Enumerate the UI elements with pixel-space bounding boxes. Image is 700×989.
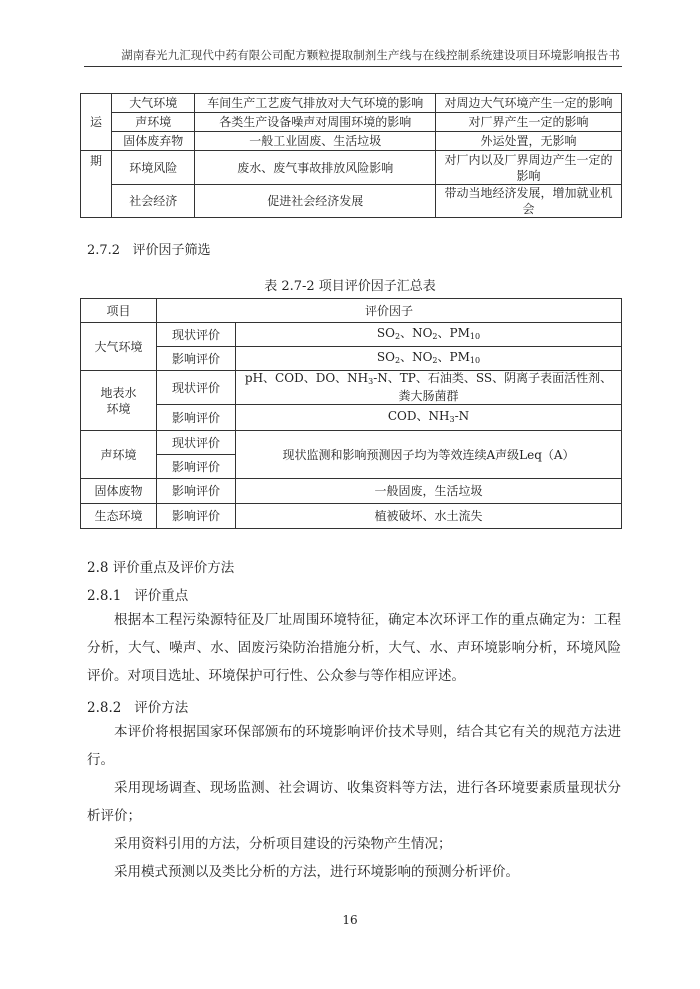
table-cell-source: 车间生产工艺废气排放对大气环境的影响 (195, 94, 436, 113)
factor-cell: 一般固废，生活垃圾 (236, 479, 622, 504)
table-cell-factor: 社会经济 (111, 185, 195, 218)
type-cell: 影响评价 (157, 504, 236, 529)
section-heading-2-8-1: 2.8.1 评价重点 (87, 584, 188, 604)
table-row: 固体废物 影响评价 一般固废，生活垃圾 (81, 479, 622, 504)
factor-cell: pH、COD、DO、NH3-N、TP、石油类、SS、阴离子表面活性剂、粪大肠菌群 (236, 371, 622, 405)
table-caption: 表 2.7-2 项目评价因子汇总表 (0, 275, 700, 294)
type-cell: 现状评价 (157, 371, 236, 405)
table-row: 影响评价 COD、NH3-N (81, 405, 622, 431)
section-number: 2.8 (87, 560, 108, 576)
table-cell-factor: 固体废弃物 (111, 132, 195, 151)
section-number: 2.8.2 (87, 700, 121, 716)
table-cell-source: 促进社会经济发展 (195, 185, 436, 218)
table-cell-source: 一般工业固废、生活垃圾 (195, 132, 436, 151)
section-title: 评价因子筛选 (132, 243, 210, 258)
type-cell: 影响评价 (157, 455, 236, 479)
section-title: 评价重点 (134, 588, 188, 604)
table-row: 期 环境风险 废水、废气事故排放风险影响 对厂内以及厂界周边产生一定的影响 (81, 151, 622, 185)
type-cell: 现状评价 (157, 431, 236, 455)
evaluation-factor-table: 项目 评价因子 大气环境 现状评价 SO2、NO2、PM10 影响评价 SO2、… (80, 298, 622, 529)
table-cell-source: 各类生产设备噪声对周围环境的影响 (195, 113, 436, 132)
type-cell: 现状评价 (157, 323, 236, 347)
factor-cell-shared: 现状监测和影响预测因子均为等效连续A声级Leq（A） (236, 431, 622, 479)
header-title: 湖南春光九汇现代中药有限公司配方颗粒提取制剂生产线与在线控制系统建设项目环境影响… (100, 47, 620, 63)
section-number: 2.7.2 (87, 243, 120, 258)
table-row: 声环境 各类生产设备噪声对周围环境的影响 对厂界产生一定的影响 (81, 113, 622, 132)
item-ecology: 生态环境 (81, 504, 157, 529)
table-cell-factor: 环境风险 (111, 151, 195, 185)
paragraph-method-3: 采用资料引用的方法，分析项目建设的污染物产生情况； (87, 830, 621, 858)
section-heading-2-8: 2.8 评价重点及评价方法 (87, 556, 234, 576)
factor-cell: SO2、NO2、PM10 (236, 347, 622, 371)
table-row: 影响评价 SO2、NO2、PM10 (81, 347, 622, 371)
header-item: 项目 (81, 299, 157, 323)
factor-cell: COD、NH3-N (236, 405, 622, 431)
paragraph-method-4: 采用模式预测以及类比分析的方法，进行环境影响的预测分析评价。 (87, 858, 621, 886)
table-cell-source: 废水、废气事故排放风险影响 (195, 151, 436, 185)
table-cell-factor: 大气环境 (111, 94, 195, 113)
phase-label-top: 运 (81, 94, 112, 151)
phase-label-bottom: 期 (81, 151, 112, 218)
section-heading-2-7-2: 2.7.2 评价因子筛选 (87, 239, 211, 258)
table-cell-impact: 带动当地经济发展，增加就业机会 (436, 185, 622, 218)
impact-table-continued: 运 大气环境 车间生产工艺废气排放对大气环境的影响 对周边大气环境产生一定的影响… (80, 93, 622, 218)
paragraph-method-1: 本评价将根据国家环保部颁布的环境影响评价技术导则，结合其它有关的规范方法进行。 (87, 718, 621, 774)
table-row: 运 大气环境 车间生产工艺废气排放对大气环境的影响 对周边大气环境产生一定的影响 (81, 94, 622, 113)
paragraph-method-2: 采用现场调查、现场监测、社会调访、收集资料等方法，进行各环境要素质量现状分析评价… (87, 774, 621, 830)
item-surface-water: 地表水环境 (81, 371, 157, 431)
table-cell-impact: 对厂内以及厂界周边产生一定的影响 (436, 151, 622, 185)
factor-cell: SO2、NO2、PM10 (236, 323, 622, 347)
table-row: 固体废弃物 一般工业固废、生活垃圾 外运处置，无影响 (81, 132, 622, 151)
section-title: 评价重点及评价方法 (113, 560, 235, 576)
item-air: 大气环境 (81, 323, 157, 371)
item-noise: 声环境 (81, 431, 157, 479)
table-cell-impact: 对周边大气环境产生一定的影响 (436, 94, 622, 113)
table-cell-impact: 对厂界产生一定的影响 (436, 113, 622, 132)
table-row: 生态环境 影响评价 植被破坏、水土流失 (81, 504, 622, 529)
table-header-row: 项目 评价因子 (81, 299, 622, 323)
table-row: 声环境 现状评价 现状监测和影响预测因子均为等效连续A声级Leq（A） (81, 431, 622, 455)
type-cell: 影响评价 (157, 479, 236, 504)
table-cell-factor: 声环境 (111, 113, 195, 132)
section-number: 2.8.1 (87, 588, 121, 604)
table-row: 地表水环境 现状评价 pH、COD、DO、NH3-N、TP、石油类、SS、阴离子… (81, 371, 622, 405)
table-cell-impact: 外运处置，无影响 (436, 132, 622, 151)
section-title: 评价方法 (134, 700, 188, 716)
section-heading-2-8-2: 2.8.2 评价方法 (87, 696, 188, 716)
paragraph-focus: 根据本工程污染源特征及厂址周围环境特征，确定本次环评工作的重点确定为：工程分析，… (87, 606, 621, 690)
type-cell: 影响评价 (157, 347, 236, 371)
table-row: 大气环境 现状评价 SO2、NO2、PM10 (81, 323, 622, 347)
type-cell: 影响评价 (157, 405, 236, 431)
header-divider (84, 66, 622, 67)
page-number: 16 (0, 913, 700, 927)
table-row: 社会经济 促进社会经济发展 带动当地经济发展，增加就业机会 (81, 185, 622, 218)
factor-cell: 植被破坏、水土流失 (236, 504, 622, 529)
header-factor: 评价因子 (157, 299, 622, 323)
item-solid-waste: 固体废物 (81, 479, 157, 504)
